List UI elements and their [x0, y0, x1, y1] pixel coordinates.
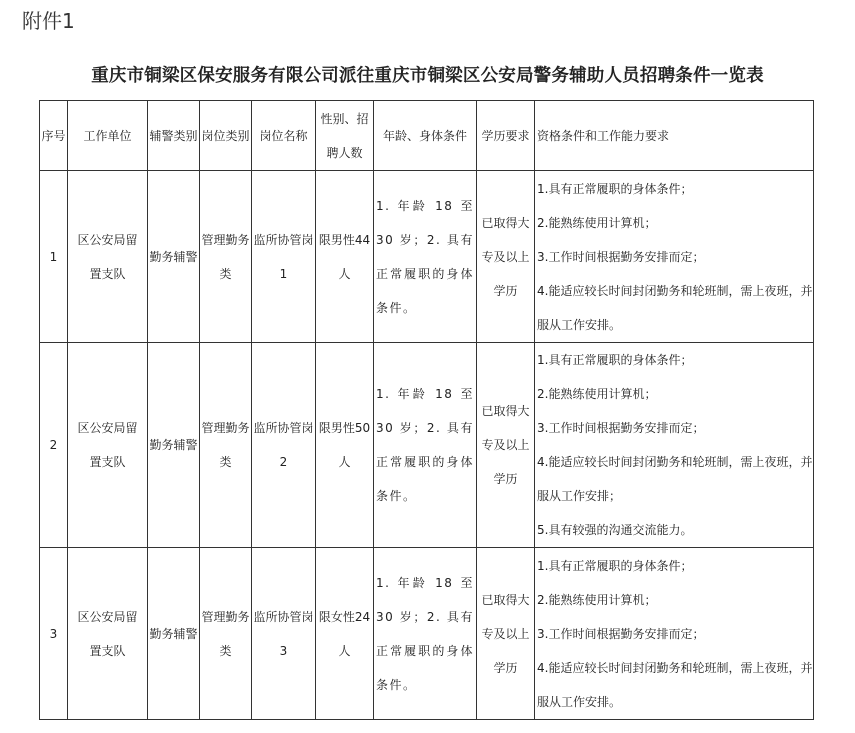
cell-post-name: 监所协管岗2: [252, 343, 316, 548]
cell-post-type: 管理勤务类: [200, 548, 252, 720]
cell-unit: 区公安局留置支队: [68, 171, 148, 343]
cell-gender-count: 限女性24人: [316, 548, 374, 720]
cell-post-name: 监所协管岗3: [252, 548, 316, 720]
qualification-item: 1.具有正常履职的身体条件；: [535, 343, 813, 377]
cell-seq: 2: [40, 343, 68, 548]
header-unit: 工作单位: [68, 101, 148, 171]
cell-aux-type: 勤务辅警: [148, 548, 200, 720]
qualifications-list: 1.具有正常履职的身体条件； 2.能熟练使用计算机； 3.工作时间根据勤务安排而…: [535, 172, 813, 342]
cell-age-physical: 1. 年龄 18 至 30 岁；2. 具有正常履职的身体条件。: [374, 343, 477, 548]
qualifications-list: 1.具有正常履职的身体条件； 2.能熟练使用计算机； 3.工作时间根据勤务安排而…: [535, 343, 813, 547]
cell-post-type: 管理勤务类: [200, 171, 252, 343]
cell-qualifications: 1.具有正常履职的身体条件； 2.能熟练使用计算机； 3.工作时间根据勤务安排而…: [535, 548, 814, 720]
cell-age-physical: 1. 年龄 18 至 30 岁；2. 具有正常履职的身体条件。: [374, 171, 477, 343]
qualification-item: 3.工作时间根据勤务安排而定；: [535, 411, 813, 445]
header-post-name: 岗位名称: [252, 101, 316, 171]
cell-qualifications: 1.具有正常履职的身体条件； 2.能熟练使用计算机； 3.工作时间根据勤务安排而…: [535, 343, 814, 548]
cell-unit: 区公安局留置支队: [68, 343, 148, 548]
cell-seq: 3: [40, 548, 68, 720]
table-header-row: 序号 工作单位 辅警类别 岗位类别 岗位名称 性别、招聘人数 年龄、身体条件 学…: [40, 101, 814, 171]
qualification-item: 1.具有正常履职的身体条件；: [535, 172, 813, 206]
qualification-item: 3.工作时间根据勤务安排而定；: [535, 617, 813, 651]
cell-post-name: 监所协管岗1: [252, 171, 316, 343]
cell-post-type: 管理勤务类: [200, 343, 252, 548]
header-qualifications: 资格条件和工作能力要求: [535, 101, 814, 171]
header-education: 学历要求: [477, 101, 535, 171]
cell-seq: 1: [40, 171, 68, 343]
header-seq: 序号: [40, 101, 68, 171]
qualification-item: 2.能熟练使用计算机；: [535, 206, 813, 240]
cell-education: 已取得大专及以上学历: [477, 548, 535, 720]
cell-education: 已取得大专及以上学历: [477, 171, 535, 343]
cell-unit: 区公安局留置支队: [68, 548, 148, 720]
qualification-item: 4.能适应较长时间封闭勤务和轮班制，需上夜班，并服从工作安排。: [535, 651, 813, 719]
qualifications-list: 1.具有正常履职的身体条件； 2.能熟练使用计算机； 3.工作时间根据勤务安排而…: [535, 549, 813, 719]
table-row: 3 区公安局留置支队 勤务辅警 管理勤务类 监所协管岗3 限女性24人 1. 年…: [40, 548, 814, 720]
qualification-item: 5.具有较强的沟通交流能力。: [535, 513, 813, 547]
qualification-item: 2.能熟练使用计算机；: [535, 377, 813, 411]
qualification-item: 1.具有正常履职的身体条件；: [535, 549, 813, 583]
qualification-item: 4.能适应较长时间封闭勤务和轮班制，需上夜班，并服从工作安排。: [535, 274, 813, 342]
header-post-type: 岗位类别: [200, 101, 252, 171]
qualification-item: 2.能熟练使用计算机；: [535, 583, 813, 617]
cell-aux-type: 勤务辅警: [148, 171, 200, 343]
qualification-item: 3.工作时间根据勤务安排而定；: [535, 240, 813, 274]
cell-education: 已取得大专及以上学历: [477, 343, 535, 548]
cell-aux-type: 勤务辅警: [148, 343, 200, 548]
cell-qualifications: 1.具有正常履职的身体条件； 2.能熟练使用计算机； 3.工作时间根据勤务安排而…: [535, 171, 814, 343]
table-row: 2 区公安局留置支队 勤务辅警 管理勤务类 监所协管岗2 限男性50人 1. 年…: [40, 343, 814, 548]
header-age-physical: 年龄、身体条件: [374, 101, 477, 171]
document-title: 重庆市铜梁区保安服务有限公司派往重庆市铜梁区公安局警务辅助人员招聘条件一览表: [0, 64, 855, 88]
cell-gender-count: 限男性44人: [316, 171, 374, 343]
table-row: 1 区公安局留置支队 勤务辅警 管理勤务类 监所协管岗1 限男性44人 1. 年…: [40, 171, 814, 343]
attachment-label: 附件1: [22, 8, 75, 34]
cell-gender-count: 限男性50人: [316, 343, 374, 548]
cell-age-physical: 1. 年龄 18 至 30 岁；2. 具有正常履职的身体条件。: [374, 548, 477, 720]
header-aux-type: 辅警类别: [148, 101, 200, 171]
header-gender-count: 性别、招聘人数: [316, 101, 374, 171]
recruitment-conditions-table: 序号 工作单位 辅警类别 岗位类别 岗位名称 性别、招聘人数 年龄、身体条件 学…: [39, 100, 814, 720]
qualification-item: 4.能适应较长时间封闭勤务和轮班制，需上夜班，并服从工作安排；: [535, 445, 813, 513]
